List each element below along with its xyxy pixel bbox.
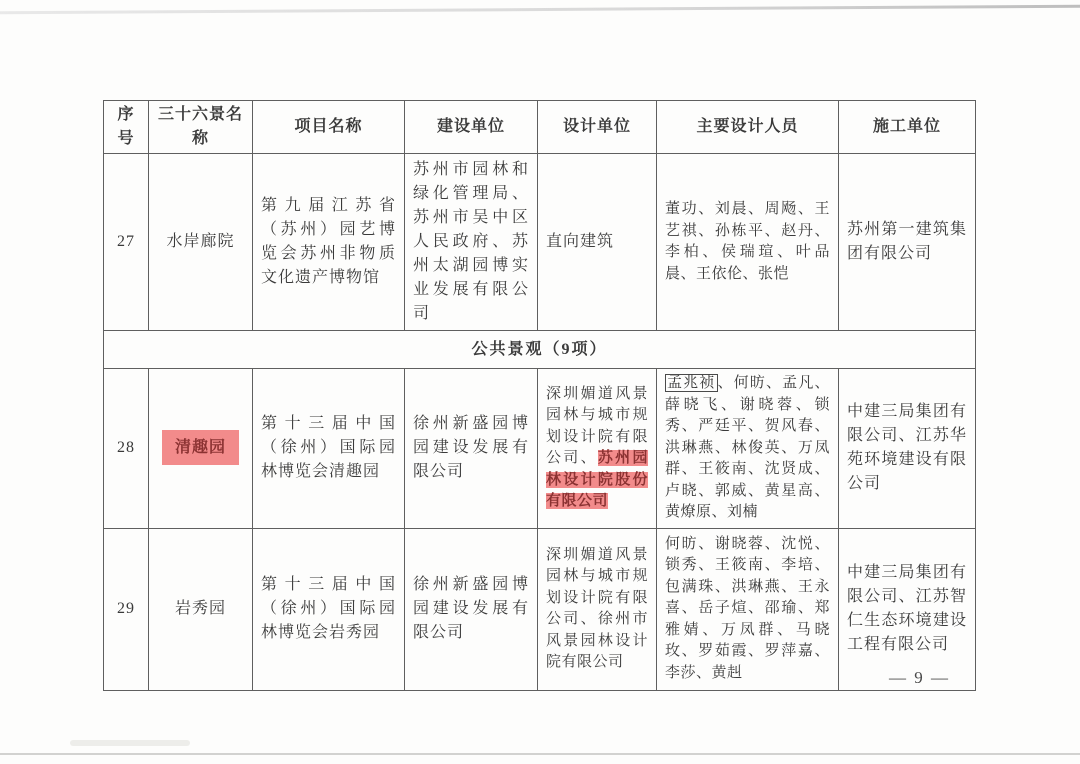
scan-artifact — [70, 740, 190, 746]
row29-scene-cell: 岩秀园 — [149, 528, 253, 690]
table-row-28: 28 清趣园 第十三届中国（徐州）国际园林博览会清趣园 徐州新盛园博园建设发展有… — [104, 369, 976, 529]
row27-design-unit-cell: 直向建筑 — [538, 154, 657, 331]
section-title: 公共景观（9项） — [104, 331, 976, 369]
header-row: 序号 三十六景名称 项目名称 建设单位 设计单位 主要设计人员 施工单位 — [104, 101, 976, 154]
table-row-27: 27 水岸廊院 第九届江苏省（苏州）园艺博览会苏州非物质文化遗产博物馆 苏州市园… — [104, 154, 976, 331]
row27-project-cell: 第九届江苏省（苏州）园艺博览会苏州非物质文化遗产博物馆 — [253, 154, 405, 331]
scan-edge-bottom — [0, 753, 1080, 755]
header-cell-designers: 主要设计人员 — [657, 101, 839, 154]
scan-edge-top — [0, 5, 1080, 15]
header-cell-project-name: 项目名称 — [253, 101, 405, 154]
header-cell-construction-unit: 建设单位 — [405, 101, 538, 154]
row28-builder-cell: 徐州新盛园博园建设发展有限公司 — [405, 369, 538, 529]
row27-designers-cell: 董功、刘晨、周飏、王艺祺、孙栋平、赵丹、李柏、侯瑞瑄、叶品晨、王依伦、张恺 — [657, 154, 839, 331]
row28-designers-cell: 孟兆祯、何昉、孟凡、薛晓飞、谢晓蓉、锁秀、严廷平、贺风春、洪琳燕、林俊英、万凤群… — [657, 369, 839, 529]
row27-scene-cell: 水岸廊院 — [149, 154, 253, 331]
row29-builder-cell: 徐州新盛园博园建设发展有限公司 — [405, 528, 538, 690]
row27-contractor-cell: 苏州第一建筑集团有限公司 — [839, 154, 976, 331]
header-cell-design-unit: 设计单位 — [538, 101, 657, 154]
row29-project-cell: 第十三届中国（徐州）国际园林博览会岩秀园 — [253, 528, 405, 690]
row27-no-cell: 27 — [104, 154, 149, 331]
row28-designers-rest: 、何昉、孟凡、薛晓飞、谢晓蓉、锁秀、严廷平、贺风春、洪琳燕、林俊英、万凤群、王筱… — [665, 375, 830, 520]
row28-scene-cell: 清趣园 — [149, 369, 253, 529]
section-row: 公共景观（9项） — [104, 331, 976, 369]
row29-contractor-cell: 中建三局集团有限公司、江苏智仁生态环境建设工程有限公司 — [839, 528, 976, 690]
row28-project-cell: 第十三届中国（徐州）国际园林博览会清趣园 — [253, 369, 405, 529]
data-table: 序号 三十六景名称 项目名称 建设单位 设计单位 主要设计人员 施工单位 27 … — [103, 100, 976, 691]
header-cell-contractor: 施工单位 — [839, 101, 976, 154]
header-cell-no: 序号 — [104, 101, 149, 154]
table-row-29: 29 岩秀园 第十三届中国（徐州）国际园林博览会岩秀园 徐州新盛园博园建设发展有… — [104, 528, 976, 690]
row28-design-unit-cell: 深圳媚道风景园林与城市规划设计院有限公司、苏州园林设计院股份有限公司 — [538, 369, 657, 529]
row28-no-cell: 28 — [104, 369, 149, 529]
row27-builder-cell: 苏州市园林和绿化管理局、苏州市吴中区人民政府、苏州太湖园博实业发展有限公司 — [405, 154, 538, 331]
page-number: — 9 — — [889, 668, 950, 688]
header-cell-scene-name: 三十六景名称 — [149, 101, 253, 154]
highlighted-scene-name: 清趣园 — [162, 430, 239, 465]
scan-page: 序号 三十六景名称 项目名称 建设单位 设计单位 主要设计人员 施工单位 27 … — [0, 0, 1080, 764]
row29-no-cell: 29 — [104, 528, 149, 690]
row29-design-unit-cell: 深圳媚道风景园林与城市规划设计院有限公司、徐州市风景园林设计院有限公司 — [538, 528, 657, 690]
row29-designers-cell: 何昉、谢晓蓉、沈悦、锁秀、王筱南、李培、包满珠、洪琳燕、王永喜、岳子煊、邵瑜、郑… — [657, 528, 839, 690]
boxed-designer-name: 孟兆祯 — [665, 374, 718, 392]
row28-contractor-cell: 中建三局集团有限公司、江苏华苑环境建设有限公司 — [839, 369, 976, 529]
